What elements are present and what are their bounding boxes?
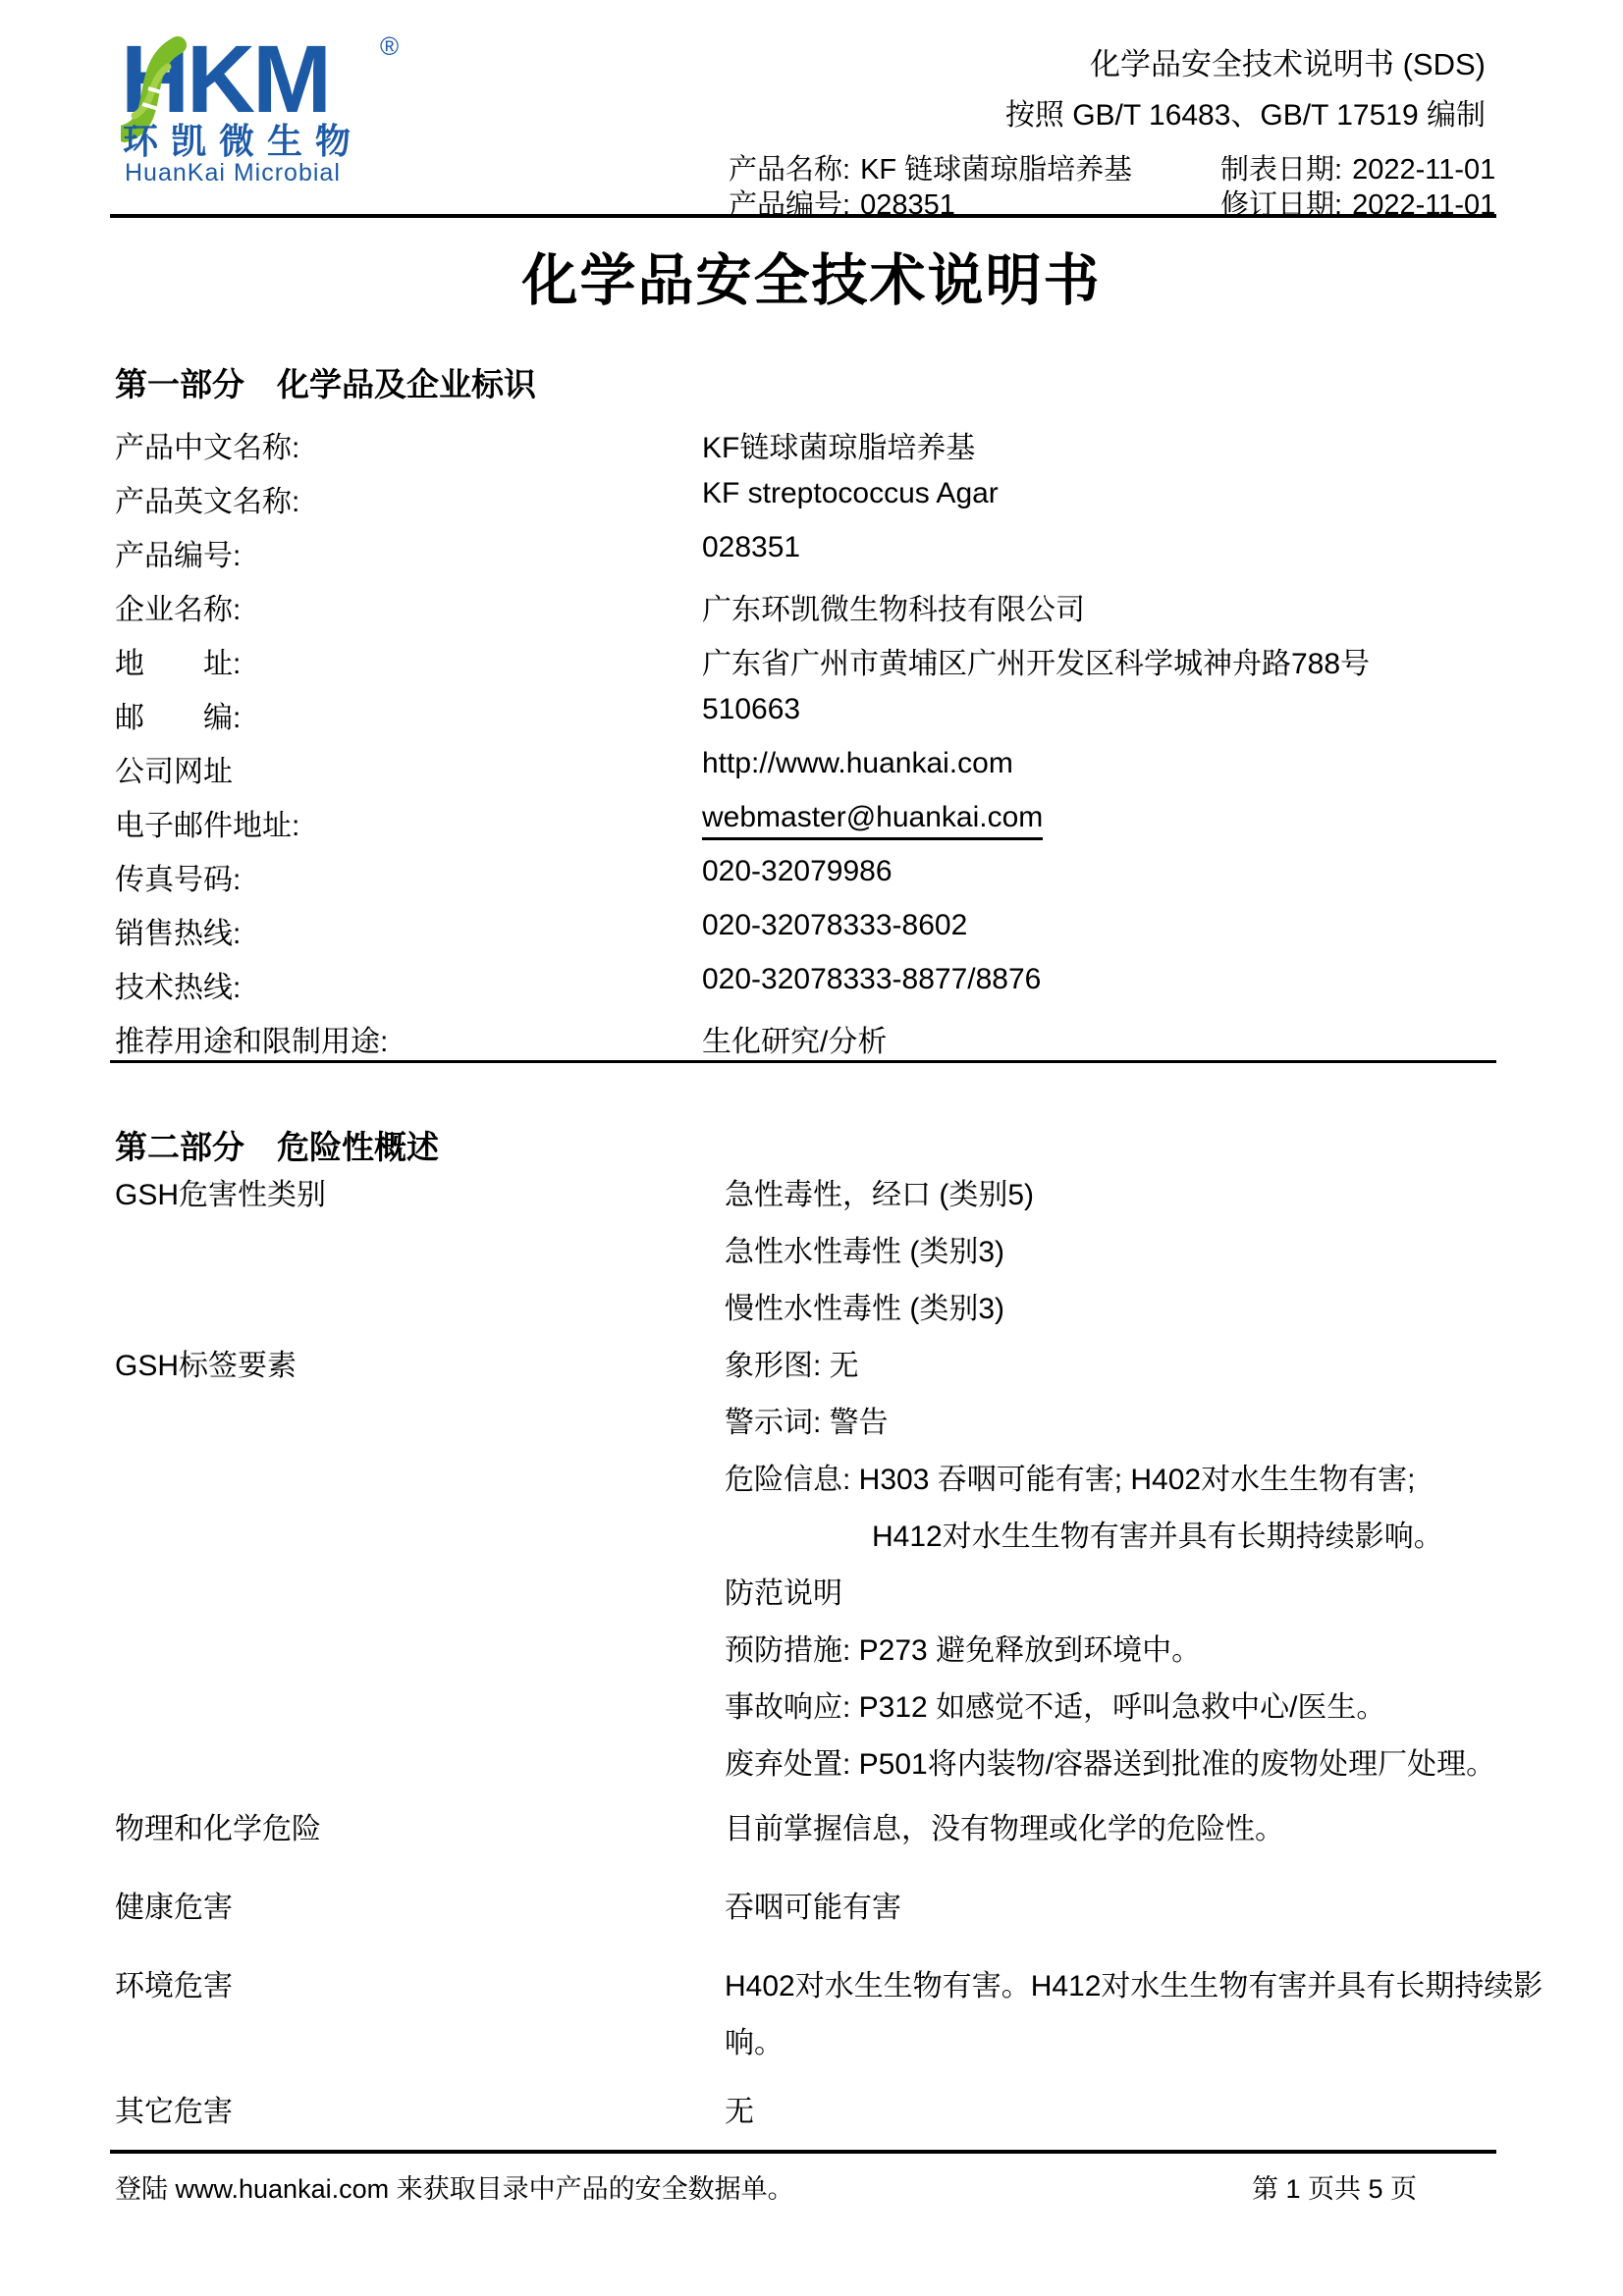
section2-heading: 第二部分 危险性概述 — [115, 1122, 439, 1168]
info-row-label: 推荐用途和限制用途: — [115, 1017, 388, 1060]
page-number: 第 1 页共 5 页 — [1252, 2167, 1417, 2206]
info-row-label: 企业名称: — [115, 585, 241, 628]
created-date-value: 2022-11-01 — [1352, 154, 1495, 186]
info-row-value: KF streptococcus Agar — [702, 477, 999, 510]
hazard-row-label: GSH标签要素 — [115, 1341, 297, 1384]
info-row-label: 产品英文名称: — [115, 477, 299, 520]
hazard-row-value: 无 — [725, 2087, 754, 2130]
product-name-value: KF 链球菌琼脂培养基 — [860, 154, 1132, 186]
info-row: 地 址: 广东省广州市黄埔区广州开发区科学城神舟路788号 — [115, 633, 1508, 687]
header-product-name: 产品名称:KF 链球菌琼脂培养基 — [729, 147, 1132, 187]
website-url: http://www.huankai.com — [702, 747, 1013, 780]
hazard-row-value: 目前掌握信息，没有物理或化学的危险性。 — [725, 1804, 1284, 1847]
product-name-label: 产品名称: — [729, 147, 850, 187]
info-row-label: 技术热线: — [115, 963, 241, 1006]
hazard-row-value: 事故响应: P312 如感觉不适，呼叫急救中心/医生。 — [725, 1682, 1385, 1726]
info-row: 电子邮件地址: webmaster@huankai.com — [115, 795, 1508, 849]
info-row-label: 销售热线: — [115, 909, 241, 952]
hazard-row-value: H402对水生生物有害。H412对水生生物有害并具有长期持续影 — [725, 1961, 1542, 2004]
hazard-row-label: 健康危害 — [115, 1883, 233, 1926]
footer-note: 登陆 www.huankai.com 来获取目录中产品的安全数据单。 — [115, 2167, 794, 2206]
standard-line: 按照 GB/T 16483、GB/T 17519 编制 — [1005, 90, 1486, 133]
section2-table: GSH危害性类别 急性毒性，经口 (类别5) 急性水性毒性 (类别3) 慢性水性… — [115, 1170, 1508, 2142]
info-row-value: 028351 — [702, 531, 800, 564]
hazard-row-label: 物理和化学危险 — [115, 1804, 321, 1847]
hazard-row-label: GSH危害性类别 — [115, 1170, 326, 1213]
hazard-row-value: 防范说明 — [725, 1569, 842, 1612]
info-row: 技术热线: 020-32078333-8877/8876 — [115, 957, 1508, 1011]
hazard-row-value: 急性水性毒性 (类别3) — [725, 1227, 1004, 1270]
info-row-value: 020-32078333-8602 — [702, 909, 967, 942]
hazard-row-label: 其它危害 — [115, 2087, 233, 2130]
hazard-row-value: 象形图: 无 — [725, 1341, 859, 1384]
info-row-label: 公司网址 — [115, 747, 233, 790]
hazard-row-value: 吞咽可能有害 — [725, 1883, 901, 1926]
info-row-value: 广东环凯微生物科技有限公司 — [702, 585, 1085, 628]
info-row: 产品编号: 028351 — [115, 525, 1508, 579]
logo-en-name: HuanKai Microbial — [125, 159, 341, 183]
hazard-row-label: 环境危害 — [115, 1961, 233, 2004]
hazard-row-value: H412对水生生物有害并具有长期持续影响。 — [872, 1512, 1443, 1555]
section1-table: 产品中文名称: KF链球菌琼脂培养基 产品英文名称: KF streptococ… — [115, 417, 1508, 1065]
hazard-row-value: 急性毒性，经口 (类别5) — [725, 1170, 1034, 1213]
info-row-value: 510663 — [702, 693, 800, 726]
footer-divider — [110, 2150, 1496, 2154]
created-date-label: 制表日期: — [1220, 147, 1342, 187]
info-row-label: 地 址: — [115, 639, 241, 682]
info-row: 邮 编: 510663 — [115, 687, 1508, 741]
info-row-value: KF链球菌琼脂培养基 — [702, 423, 975, 466]
header-created-date: 制表日期:2022-11-01 — [1220, 147, 1495, 187]
info-row: 企业名称: 广东环凯微生物科技有限公司 — [115, 579, 1508, 633]
info-row-label: 传真号码: — [115, 855, 241, 898]
info-row-value: 生化研究/分析 — [702, 1017, 887, 1060]
info-row-value: 广东省广州市黄埔区广州开发区科学城神舟路788号 — [702, 639, 1370, 682]
hazard-row-value: 预防措施: P273 避免释放到环境中。 — [725, 1626, 1201, 1669]
doc-type-line: 化学品安全技术说明书 (SDS) — [1090, 39, 1486, 83]
info-row-label: 电子邮件地址: — [115, 801, 299, 844]
logo-cn-name: 环凯微生物 — [123, 121, 363, 161]
section1-divider — [110, 1060, 1496, 1063]
hazard-row-value: 警示词: 警告 — [725, 1398, 889, 1441]
info-row: 推荐用途和限制用途: 生化研究/分析 — [115, 1011, 1508, 1065]
info-row-label: 产品编号: — [115, 531, 241, 574]
info-row: 产品中文名称: KF链球菌琼脂培养基 — [115, 417, 1508, 471]
company-logo: HKM ® 环凯微生物 HuanKai Microbial — [121, 33, 409, 183]
hazard-row-value: 危险信息: H303 吞咽可能有害; H402对水生生物有害; — [725, 1455, 1415, 1498]
email-link[interactable]: webmaster@huankai.com — [702, 801, 1043, 840]
hazard-row-value: 废弃处置: P501将内装物/容器送到批准的废物处理厂处理。 — [725, 1739, 1495, 1783]
logo-registered-mark: ® — [380, 33, 399, 61]
info-row-value: 020-32078333-8877/8876 — [702, 963, 1041, 996]
info-row-value: 020-32079986 — [702, 855, 893, 888]
sds-page: HKM ® 环凯微生物 HuanKai Microbial 化学品安全技术说明书… — [0, 0, 1623, 2296]
info-row: 销售热线: 020-32078333-8602 — [115, 903, 1508, 957]
info-row: 传真号码: 020-32079986 — [115, 849, 1508, 903]
hazard-row-value: 响。 — [725, 2018, 784, 2061]
header-divider — [110, 214, 1496, 218]
info-row: 产品英文名称: KF streptococcus Agar — [115, 471, 1508, 525]
info-row-label: 产品中文名称: — [115, 423, 299, 466]
hazard-row-value: 慢性水性毒性 (类别3) — [725, 1284, 1004, 1327]
page-title: 化学品安全技术说明书 — [0, 236, 1623, 316]
info-row-label: 邮 编: — [115, 693, 241, 736]
section1-heading: 第一部分 化学品及企业标识 — [115, 359, 536, 405]
info-row: 公司网址 http://www.huankai.com — [115, 741, 1508, 795]
